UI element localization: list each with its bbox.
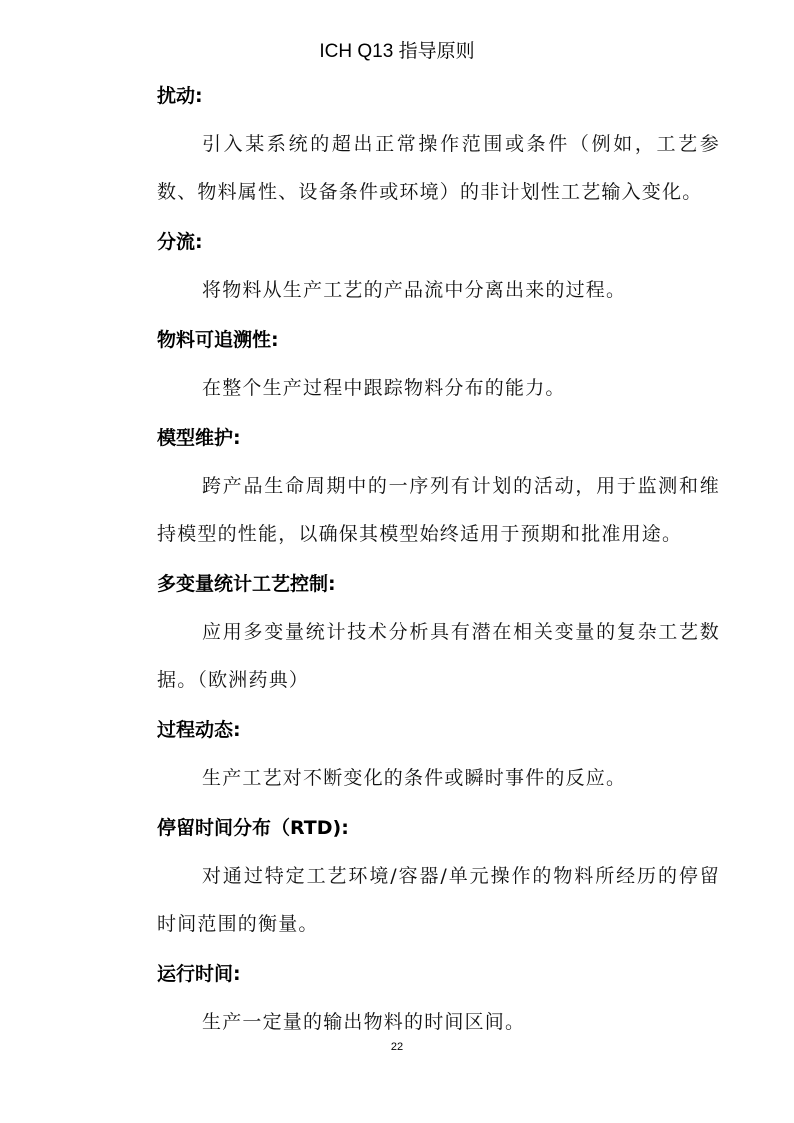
page-number: 22 — [0, 1040, 794, 1054]
glossary-entry-disturbance: 扰动: 引入某系统的超出正常操作范围或条件（例如，工艺参数、物料属性、设备条件或… — [157, 72, 720, 216]
term-definition: 生产工艺对不断变化的条件或瞬时事件的反应。 — [157, 754, 720, 802]
term-heading: 扰动: — [157, 72, 720, 120]
term-heading: 运行时间: — [157, 950, 720, 998]
term-definition: 在整个生产过程中跟踪物料分布的能力。 — [157, 364, 720, 412]
term-heading: 过程动态: — [157, 706, 720, 754]
page-header: ICH Q13 指导原则 — [0, 38, 794, 66]
glossary-entry-mspc: 多变量统计工艺控制: 应用多变量统计技术分析具有潜在相关变量的复杂工艺数据。（欧… — [157, 560, 720, 704]
term-definition: 引入某系统的超出正常操作范围或条件（例如，工艺参数、物料属性、设备条件或环境）的… — [157, 120, 720, 216]
glossary-entry-material-traceability: 物料可追溯性: 在整个生产过程中跟踪物料分布的能力。 — [157, 316, 720, 412]
glossary-entry-process-dynamics: 过程动态: 生产工艺对不断变化的条件或瞬时事件的反应。 — [157, 706, 720, 802]
term-heading: 模型维护: — [157, 414, 720, 462]
glossary-entry-diversion: 分流: 将物料从生产工艺的产品流中分离出来的过程。 — [157, 218, 720, 314]
term-definition: 应用多变量统计技术分析具有潜在相关变量的复杂工艺数据。（欧洲药典） — [157, 608, 720, 704]
glossary-entry-model-maintenance: 模型维护: 跨产品生命周期中的一序列有计划的活动，用于监测和维持模型的性能，以确… — [157, 414, 720, 558]
glossary-entry-rtd: 停留时间分布（RTD): 对通过特定工艺环境/容器/单元操作的物料所经历的停留时… — [157, 804, 720, 948]
term-heading: 分流: — [157, 218, 720, 266]
glossary-entry-run-time: 运行时间: 生产一定量的输出物料的时间区间。 — [157, 950, 720, 1046]
term-heading: 多变量统计工艺控制: — [157, 560, 720, 608]
term-heading: 停留时间分布（RTD): — [157, 804, 720, 852]
term-definition: 跨产品生命周期中的一序列有计划的活动，用于监测和维持模型的性能，以确保其模型始终… — [157, 462, 720, 558]
term-definition: 对通过特定工艺环境/容器/单元操作的物料所经历的停留时间范围的衡量。 — [157, 852, 720, 948]
term-heading: 物料可追溯性: — [157, 316, 720, 364]
glossary-content: 扰动: 引入某系统的超出正常操作范围或条件（例如，工艺参数、物料属性、设备条件或… — [157, 72, 720, 1048]
term-definition: 生产一定量的输出物料的时间区间。 — [157, 998, 720, 1046]
term-definition: 将物料从生产工艺的产品流中分离出来的过程。 — [157, 266, 720, 314]
